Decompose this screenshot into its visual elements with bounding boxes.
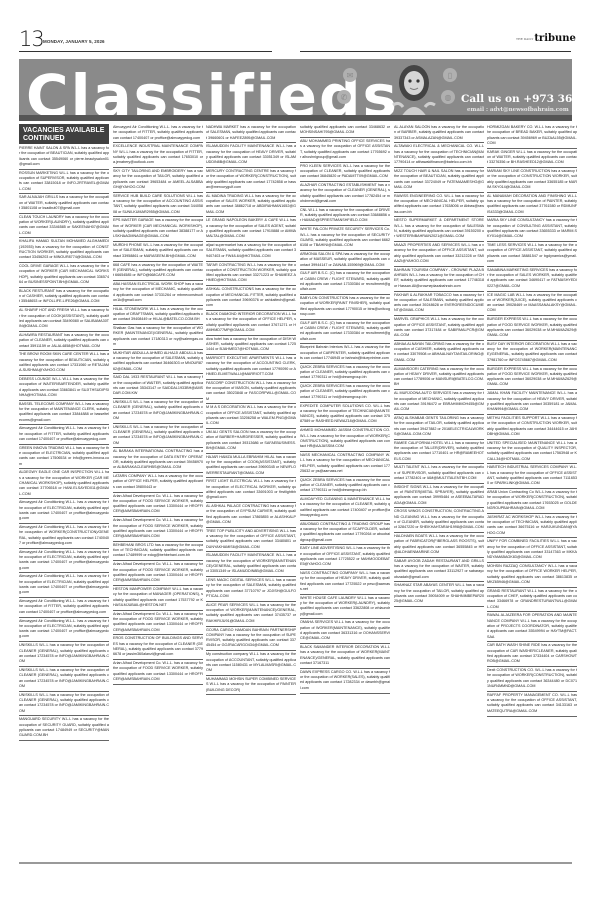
classified-ad: ICE MAGIC LAB W.L.L has a vacancy for th…	[487, 292, 577, 317]
classified-ad: Almoayyed Air Conditioning W.L.L. has a …	[19, 549, 109, 574]
classified-ad: ISLAMUDDIN FACILITY MAINTENANCE W.L.L ha…	[206, 143, 296, 168]
classified-ad: AL MANAMAH DECORATION AND FINISHING W.L.…	[487, 193, 577, 218]
classified-ad: ISLAMUDDIN FACILITY MAINTENANCE W.L.L ha…	[206, 552, 296, 577]
classified-ad: ALMOAYYED CLEANING & MAINTENANCE W.L.L h…	[300, 496, 390, 521]
classified-ad: TAFAR CONTRACTING W.L.L has a vacancy fo…	[206, 262, 296, 287]
classified-ad: SANABINA MARKETING SERVICES has a vacanc…	[487, 267, 577, 292]
classified-ad: M M A S DECORATION W.L.L has a vacancy f…	[206, 404, 296, 429]
classified-ad: EASY LINE ADVERTISING W.L.L has a vacanc…	[300, 545, 390, 570]
classified-ad: UNISKILLS W.L.L has a vacancy for the oc…	[19, 642, 109, 667]
classified-ad: ALTAWAKI ELECTRICAL & MECHANICAL CO. W.L…	[394, 143, 484, 168]
brand-name: tribune	[534, 33, 576, 44]
classifieds-columns: VACANCIES AVAILABLE CONTINUED PIERRE HAI…	[19, 124, 572, 892]
classified-ad: COOL DRIVE GARAGE W.L.L has a vacancy fo…	[19, 263, 109, 288]
classified-ad: UNITED SPECIALISED MAINTENANCE W.L.L has…	[487, 440, 577, 465]
classified-ad: NASS MECHANICAL CONTRACTING COMPANY W.L.…	[300, 452, 390, 477]
ad-list: HORMIZGAN BAKERY CO. W.L.L has a vacancy…	[487, 124, 577, 717]
classified-ad: AFAQ ALSHABAB GENTS TAILORING has a vaca…	[394, 415, 484, 440]
classified-ad: MANGUARD SECURITY W.L.L has a vacancy fo…	[19, 716, 109, 741]
classified-ad: Arian Alhad Development Co. W.L.L. has a…	[113, 517, 203, 542]
classified-ad: MOHSIN RAZZAQ CONSULTANCY W.L.L has a va…	[487, 563, 577, 588]
mascot-illustration	[389, 61, 439, 117]
brand-logo: THE DAILYtribune	[516, 33, 576, 44]
column-3: NADHWA MARKET has a vacancy for the occu…	[206, 124, 296, 862]
classified-ad: PIERRE HAINT SALON & SPA W.L.L has a vac…	[19, 145, 109, 170]
classified-ad: Almoayyed Air Conditioning W.L.L. has a …	[19, 499, 109, 524]
classified-ad: Almoayyed Air Conditioning W.L.L. has a …	[19, 573, 109, 598]
classified-ad: CLEAN TOUCH LAUNDRY has a vacancy for th…	[19, 214, 109, 239]
classified-ad: UNIFY FOR COMBINED FACILITIES W.L.L has …	[487, 538, 577, 563]
classified-ad: HORMIZGAN BAKERY CO. W.L.L has a vacancy…	[487, 124, 577, 149]
globe-icon: ◍	[441, 90, 455, 104]
classified-ad: EROS CONSTRUCTION OF BUILDINGS AND SERVI…	[113, 635, 203, 660]
ad-list: AL ALAYAN SALOON has a vacancy for the o…	[394, 124, 484, 607]
classified-ad: HESTON MANPOWER COMPANY W.L.L has a vaca…	[113, 586, 203, 611]
classified-ad: HILAL STONEWORK W.L.L has a vacancy for …	[113, 306, 203, 325]
classified-ad: AL ALAYAN SALOON has a vacancy for the o…	[394, 124, 484, 143]
classified-ad: QUICK ZEBRA SERVICES has a vacancy for t…	[300, 364, 390, 383]
ad-list: PIERRE HAINT SALON & SPA W.L.L has a vac…	[19, 145, 109, 741]
classified-ad: Blueprint Bahrain Interiors W.L.L has a …	[300, 344, 390, 363]
classified-ad: KARAK GINGER W.L.L has a vacancy for the…	[487, 149, 577, 168]
classified-ad: BURGER EXPRESS W.L.L has a vacancy for t…	[487, 366, 577, 391]
column-1: VACANCIES AVAILABLE CONTINUED PIERRE HAI…	[19, 124, 109, 862]
banner-strip	[19, 115, 572, 121]
classified-ad: DEBESS LOUNGE W.L.L W.L.L has a vacancy …	[19, 376, 109, 401]
classified-ad: GRAND RESTAURANT W.L.L has a vacancy for…	[487, 588, 577, 613]
classified-ad: Almoayyed Air Conditioning W.L.L. has a …	[19, 524, 109, 549]
classified-ad: UNISKILLS W.L.L has a vacancy for the oc…	[19, 667, 109, 692]
classified-ad: ABUOBAID CONTRACTING & TRADING GROUP has…	[300, 521, 390, 546]
ad-list: Almoayyed Air Conditioning W.L.L. has a …	[113, 124, 203, 685]
mobile-icon: ▯	[443, 68, 457, 82]
classified-ad: GOJRA CARGO HAMDAN BAHRAIN PARTNERSHIP C…	[206, 627, 296, 652]
column-5: AL ALAYAN SALOON has a vacancy for the o…	[394, 124, 484, 862]
phone-icon: ✆	[337, 90, 351, 104]
classified-ad: CNL W.L.L has a vacancy for the occupati…	[300, 207, 390, 226]
classified-ad: ARAB Union Contracting Co W.L.L has a va…	[487, 489, 577, 514]
classified-ad: QUICK ZEBRA SERVICES has a vacancy for t…	[300, 477, 390, 496]
classified-ad: BAHRAIN TOURISM COMPANY - CROWNE PLAZA B…	[394, 267, 484, 292]
classified-ad: GULF AIR B.S.C. (C) has a vacancy for th…	[300, 270, 390, 295]
header-rule	[300, 51, 571, 52]
classified-ad: METHU FACILITIES SUPPORT W.L.L has a vac…	[487, 415, 577, 440]
classified-ad: Arian Alhad Development Co. W.L.L. has a…	[113, 611, 203, 636]
classified-ad: ASHKAL CONSTRUCTIONS has a vacancy for t…	[206, 286, 296, 311]
classified-ad: EXPEDITE COMPUTER SOLUTIONS CO. W.L.L ha…	[300, 403, 390, 428]
classified-ad: EPS MASTER GARAGE has a vacancy for the …	[113, 217, 203, 242]
classified-ad: RAFFAF PROPERTY MANAGEMENT CO. W.L.L has…	[487, 692, 577, 717]
classified-ad: AL SHARIF HOT AND FRESH W.L.L has a vaca…	[19, 307, 109, 332]
classified-ad: suitably qualified applicants can contac…	[300, 124, 390, 138]
classified-ad: JAMAL KHAN FACILITY MAINTENANCE W.L.L ha…	[487, 390, 577, 415]
classified-ad: ALHAWRA RESTAURANT has a vacancy for the…	[19, 332, 109, 351]
classified-ad: AL ASHKAL PALACE CONTRACTING has a vacan…	[206, 503, 296, 528]
classified-ad: SAID DAL 1933 RESTAURANT W.L.L has a vac…	[113, 374, 203, 399]
classified-ad: HAJAR HAMZA MULLA EBRAHIM HILAL has a va…	[206, 454, 296, 479]
classified-ad: Dexit CONSTRUCTION CO. W.L.L has a vacan…	[487, 667, 577, 692]
classified-ad: aljazi supermarket has a vacancy for the…	[206, 242, 296, 261]
classified-ad: BABYLON CONSTRUCTION has a vacancy for t…	[300, 295, 390, 320]
classified-ad: UM ALI GENTS SALOON has a vacancy for th…	[206, 429, 296, 454]
classified-ad: MARRIOTT EXECUTIVE APARTMENTS W.L.L has …	[206, 355, 296, 380]
ad-list: NADHWA MARKET has a vacancy for the occu…	[206, 124, 296, 695]
classified-ad: BLACK DIAMOND INTERIOR DECORATION W.L.L …	[206, 311, 296, 336]
ad-list: suitably qualified applicants can contac…	[300, 124, 390, 694]
classified-ad: BEHBEHANI BROS LTD has a vacancy for the…	[113, 542, 203, 561]
classified-ad: NADHWA MARKET has a vacancy for the occu…	[206, 124, 296, 143]
classified-ad: LATARN COMPANY W.L.L has a vacancy for t…	[113, 473, 203, 492]
header-rule	[19, 51, 272, 52]
classified-ad: EXCELLENCE INDUSTRIAL MAINTENANCE COMPAN…	[113, 143, 203, 168]
classified-ad: BUSY DAY INTERIOR DECORATION W.L.L has a…	[487, 341, 577, 366]
classified-ad: UNISKILLS W.L.L has a vacancy for the oc…	[113, 399, 203, 424]
classified-ad: GREEN INNOVA TRADING W.L.L has a vacancy…	[19, 445, 109, 470]
classified-ad: UNISKILLS W.L.L has a vacancy for the oc…	[113, 424, 203, 449]
classified-ad: CROSS WINGS CONSTRUCTION, CONTRACTING AN…	[394, 508, 484, 533]
mail-icon: ✉	[343, 68, 357, 82]
classified-ad: CAR BATH WASH SHINE RIDE has a vacancy f…	[487, 642, 577, 667]
classified-ad: QUICK ZEBRA SERVICES has a vacancy for t…	[300, 383, 390, 402]
classified-ad: HABITECH INDUSTRIAL SERVICES COMPANY W.L…	[487, 464, 577, 489]
classified-ad: JASHIRAT AC WORKSHOP W.L.L has a vacancy…	[487, 514, 577, 539]
classified-ad: RAWISS ENGINEERING CO. W.L.L has a vacan…	[394, 193, 484, 218]
classified-ad: BURGER EXPRESS W.L.L has a vacancy for t…	[487, 316, 577, 341]
classified-ad: MARIA SKY LINE CONSULTANCY has a vacancy…	[487, 217, 577, 242]
classified-ad: HALDHAEN BOATS W.L.L has a vacancy for t…	[394, 533, 484, 558]
classified-ad: ROSSUN MARKETING W.L.L has a vacancy for…	[19, 170, 109, 195]
classified-ad: BLACK SAMANDER INTERIOR DECORATION W.L.L…	[300, 644, 390, 669]
page-number: 13	[19, 28, 44, 50]
classified-ad: LENS MAGIC DIGITAL SERVICES W.L.L has a …	[206, 577, 296, 602]
classified-ad: MIAAZI PROPERTIES AND SERVICES W.L.L has…	[394, 242, 484, 267]
classified-ad: AL MURJOONA AUTO SERVICES has a vacancy …	[394, 390, 484, 415]
classified-ad: SERVICE HUB BUILD CARE SOLUTIONS W.L.L h…	[113, 193, 203, 218]
classified-ad: SHAHNAZ STAR ABAYAS CENTER W.L.L has a v…	[394, 582, 484, 607]
classified-ad: WHITE HOUSE CAFE LAUNDRY W.L.L has a vac…	[300, 595, 390, 620]
email-text: email : advt@newsofbahrain.com	[467, 107, 569, 113]
classified-ad: SABAR AYOOB ZADAH RESTAURANT AND GRILLS …	[394, 558, 484, 583]
classified-ad: ABHAA ALNAYAN TAILORING has a vacancy fo…	[394, 341, 484, 366]
brand-prefix: THE DAILY	[516, 37, 533, 41]
column-4: suitably qualified applicants can contac…	[300, 124, 390, 862]
classified-ad: NESTO SUPERMARKET & DEPARTMENT STORE W.L…	[394, 217, 484, 242]
classified-ad: MURDHI PHONE W.L.L has a vacancy for the…	[113, 242, 203, 261]
classified-ad: ABU MOHAMMED PRINTING OFFICE SERVICES ha…	[300, 138, 390, 163]
section-header: VACANCIES AVAILABLE CONTINUED	[19, 124, 109, 144]
classified-ad: BLACK RESTURANT has a vacancy for the oc…	[19, 288, 109, 307]
column-6: HORMIZGAN BAKERY CO. W.L.L has a vacancy…	[487, 124, 577, 862]
classified-ad: AHMED MOHAMMED JASSIM CONSTRUCTION CO. W…	[300, 427, 390, 452]
classified-ad: Almoayyed Air Conditioning W.L.L. has a …	[113, 124, 203, 143]
classified-ad: ALMANSOORI CATERING has a vacancy for th…	[394, 366, 484, 391]
classified-ad: UNISKILLS W.L.L has a vacancy for the oc…	[19, 692, 109, 717]
classified-ad: ABA HASSAN ELECTRICAL WORK SHOP has a va…	[113, 281, 203, 306]
classified-ad: MULTI TALENT W.L.L has a vacancy for the…	[394, 464, 484, 483]
issue-date: MONDAY, JANUARY 5, 2026	[43, 39, 105, 44]
classified-ad: AL MADINA TRADING W.L.L has a vacancy fo…	[206, 193, 296, 218]
classified-ad: ARMONIA SALON & SPA has a vacancy for th…	[300, 251, 390, 270]
classified-ad: TIME LESS SERVICES W.L.L has a vacancy f…	[487, 242, 577, 267]
classified-ad: ALICE PEAR SERVICES W.L.L has a vacancy …	[206, 602, 296, 627]
call-us-text: Call us on +973 36458394	[461, 93, 572, 105]
classified-ad: 668 CAFE has a vacancy for the occupatio…	[113, 262, 203, 281]
classified-ad: Arian Alhad Development Co. W.L.L. has a…	[113, 561, 203, 586]
classified-ad: Arian Alhad Development Co. W.L.L. has a…	[113, 493, 203, 518]
classified-ad: OMAHA SERVICES W.L.L has a vacancy for t…	[300, 619, 390, 644]
classified-ad: Almoayyed Air Conditioning W.L.L. has a …	[19, 598, 109, 617]
classified-ad: Arian Alhad Development Co. W.L.L. has a…	[113, 660, 203, 685]
classified-ad: FAKHAR & ALFAKHAR TOBACCO has a vacancy …	[394, 292, 484, 317]
classified-ad: MARVEL GRAPHICS W.L.L has a vacancy for …	[394, 316, 484, 341]
classified-ad: WHITE FALCON PRIVATE SECURITY SERVICES C…	[300, 226, 390, 251]
classified-ad: KHALIFA HAMAD SULTAN MOHAMED ALGHAMEDI (…	[19, 238, 109, 263]
classifieds-banner: Classifieds ✉ ✆ ▯ ◍ Call us on +973 3645…	[19, 59, 572, 121]
classified-ad: diva hotel has a vacancy for the occupat…	[206, 336, 296, 355]
classified-ad: MIZZ TOUCH HAIR & NAIL SALON has a vacan…	[394, 168, 484, 193]
classified-ad: INSIGHT SIGNS W.L.L has a vacancy for th…	[394, 484, 484, 509]
classified-ad: FASCORP CONSTRUCTION W.L.L has a vacancy…	[206, 380, 296, 405]
classified-ad: ALAZHAR CONTRACTING ESTABLISHMENT has a …	[300, 182, 390, 207]
column-2: Almoayyed Air Conditioning W.L.L. has a …	[113, 124, 203, 862]
classified-ad: AL BARAKA INTERNATIONAL CONTRACTING has …	[113, 448, 203, 473]
classified-ad: ALDEGWY EAGLE ONE CAR INSPECTION W.L.L h…	[19, 469, 109, 499]
classified-ad: BASSEL TELECOMS COMPANY W.L.L has a vaca…	[19, 401, 109, 426]
classified-ad: My construction company W.L.L has a vaca…	[206, 651, 296, 676]
classified-ad: LE GRAND NAPOLEON BAKERY & CAFE W.L.L ha…	[206, 217, 296, 242]
classified-ad: MUHAMMAD MOHSIN SUPER COMBINED SERVICES …	[206, 676, 296, 695]
classified-ad: NASS CONTRACTING COMPANY W.L.L has a vac…	[300, 570, 390, 595]
classified-ad: MERCURY CONTRACTING CENTRE has a vacancy…	[206, 168, 296, 193]
classified-ad: Shaikan Gas has a vacancy for the occupa…	[113, 325, 203, 350]
classified-ad: SKY CITY TAILORING AND EMBROIDERY has a …	[113, 168, 203, 193]
classified-ad: Almoayyed Air Conditioning W.L.L. has a …	[19, 425, 109, 444]
classified-ad: GULF AIR B.S.C. (C) has a vacancy for th…	[300, 320, 390, 345]
classified-ad: TREE TOP PUBLICITY AND ADVERTISING W.L.L…	[206, 528, 296, 553]
classified-ad: RAMEE CALIFORNIA HOTEL W.L.L has a vacan…	[394, 440, 484, 465]
classified-ad: MUKHTAR ABDULLA AHMED ALHAJJI ABDULLA ha…	[113, 350, 203, 375]
classified-ad: Almoayyed Air Conditioning W.L.L. has a …	[19, 618, 109, 643]
classified-ad: SAR ALNAJAH GRILLS has a vacancy for the…	[19, 194, 109, 213]
classified-ad: PRO KLEEN SERVICES W.L.L has a vacancy f…	[300, 163, 390, 182]
classified-ad: FIRST LIGHT ELECTRICAL W.L.L has a vacan…	[206, 478, 296, 503]
classified-ad: RAWAL ALJAZEERA FOR OPERATION AND MAINTE…	[487, 612, 577, 642]
classified-ad: DAWN EXPRESS CARGO CO. W.L.L has a vacan…	[300, 669, 390, 694]
classified-ad: MARIAM SKY LINE CONSTRUCTION has a vacan…	[487, 168, 577, 193]
classified-ad: THE BROW ROOM SKIN CARE CENTER W.L.L has…	[19, 351, 109, 376]
footer-rule	[19, 862, 572, 864]
